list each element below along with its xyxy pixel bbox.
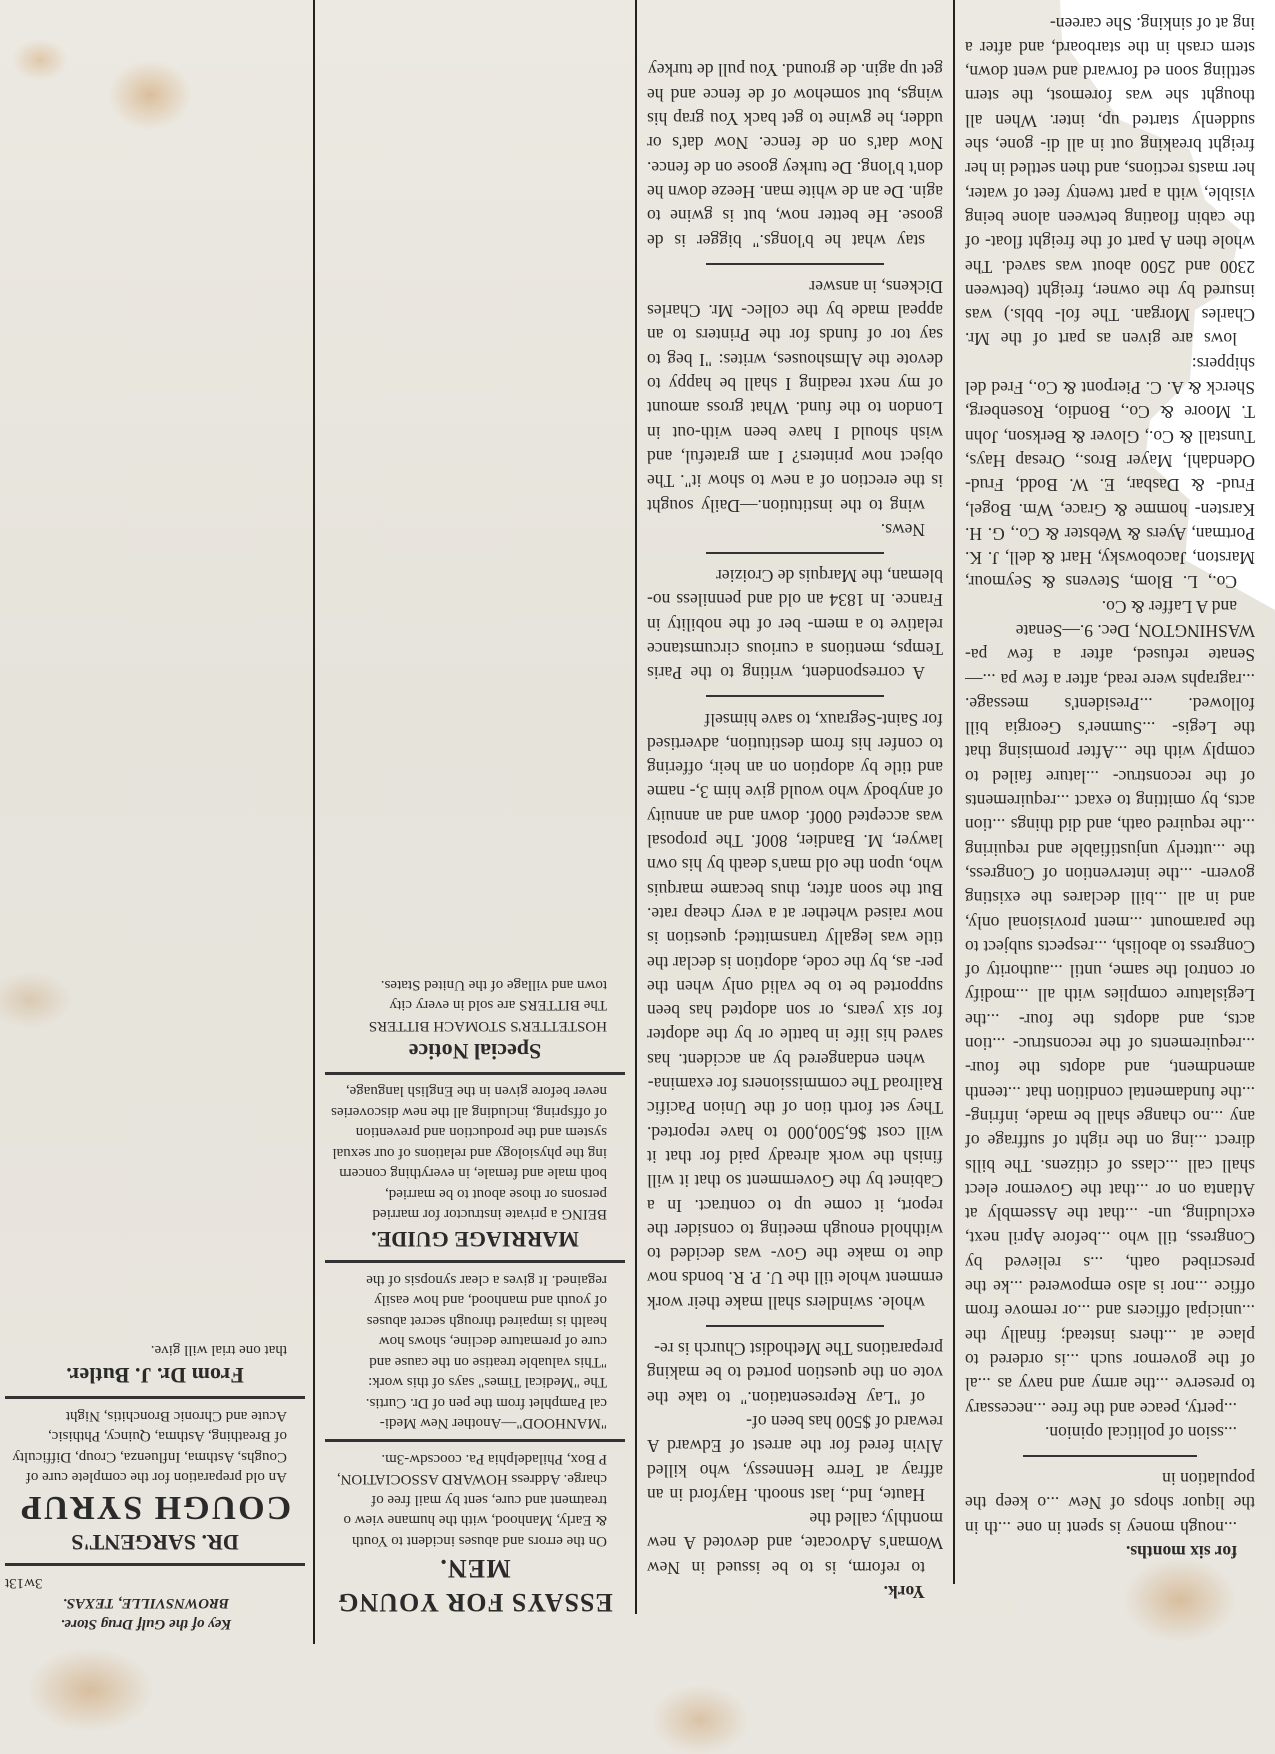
ad-text: HOSTETTER'S STOMACH BITTERS bbox=[325, 1016, 625, 1037]
ad-heading-essays: ESSAYS FOR YOUNG MEN. bbox=[325, 1551, 625, 1619]
article-text: for six months. bbox=[965, 1540, 1255, 1564]
ad-text: charge. Address HOWARD ASSOCIATION, bbox=[325, 1469, 625, 1490]
column-advertisements-2: Key of the Gulf Drug Store. BROWNSVILLE,… bbox=[5, 0, 305, 1634]
article-text: when endangered by an accident. has save… bbox=[647, 707, 943, 1071]
ad-divider bbox=[325, 1261, 625, 1264]
ad-text: The BITTERS are sold in every city bbox=[325, 995, 625, 1016]
article-text: ...perty, peace and the free ...necessar… bbox=[965, 619, 1255, 1421]
article-text: A correspondent, writing to the Paris Te… bbox=[647, 564, 943, 685]
page-content-rotated: for six months. ...nough money is spent … bbox=[0, 0, 1275, 1754]
ad-divider bbox=[325, 1440, 625, 1443]
ad-heading-butler: From Dr. J. Butler. bbox=[5, 1361, 305, 1391]
column-news-misc: York. to reform, is to be issued in New … bbox=[647, 0, 943, 1604]
ad-text: Acute and Chronic Bronchitis, Night bbox=[5, 1406, 305, 1427]
article-text: Haute, Ind., last snooth. Hayford in an … bbox=[647, 1410, 943, 1507]
ad-heading-cough-syrup: COUGH SYRUP bbox=[5, 1488, 305, 1528]
ad-text: never before given in the English langua… bbox=[325, 1081, 625, 1102]
ad-text: Coughs, Asthma, Influenza, Croup, Diffic… bbox=[5, 1447, 305, 1468]
ad-text: & Early, Manhood, with the humane view o bbox=[325, 1510, 625, 1531]
ad-text: system and the production and prevention bbox=[325, 1122, 625, 1143]
article-text: York. bbox=[647, 1580, 943, 1604]
article-text: lows are given as part of the Mr. Charle… bbox=[965, 11, 1255, 351]
ad-text: regained. It gives a clear synopsis of t… bbox=[325, 1270, 625, 1291]
article-text: to reform, is to be issued in New Woman'… bbox=[647, 1507, 943, 1580]
ad-text: health is impaired through secret abuses bbox=[325, 1311, 625, 1332]
ad-text: "This valuable treatise on the cause and bbox=[325, 1352, 625, 1373]
ad-text: Key of the Gulf Drug Store. bbox=[5, 1614, 305, 1635]
article-text: and A Laffer & Co. bbox=[965, 594, 1255, 618]
column-advertisements-1: ESSAYS FOR YOUNG MEN. On the errors and … bbox=[325, 0, 625, 1619]
section-divider bbox=[706, 263, 884, 265]
column-rule-2 bbox=[635, 0, 637, 1614]
ad-heading-sargent: DR. SARGENT'S bbox=[5, 1528, 305, 1558]
ad-text: BROWNSVILLE, TEXAS. bbox=[5, 1593, 305, 1614]
article-text: ...ssion of political opinion. bbox=[965, 1421, 1255, 1445]
section-divider bbox=[706, 552, 884, 554]
ad-text: BEING a private instructor for married bbox=[325, 1204, 625, 1225]
ad-text: 3w13t bbox=[5, 1573, 305, 1594]
ad-text: The "Medical Times" says of this work: bbox=[325, 1372, 625, 1393]
column-rule-3 bbox=[313, 0, 315, 1644]
article-text: News. bbox=[647, 518, 943, 542]
ad-text: town and village of the United States. bbox=[325, 975, 625, 996]
article-text: Co., L. Blom, Stevens & Seymour, Marston… bbox=[965, 351, 1255, 594]
ad-text: that one trial will give. bbox=[5, 1340, 305, 1361]
ad-text: P Box, Philadelphia Pa. coocsdw-3m. bbox=[325, 1449, 625, 1470]
section-divider bbox=[706, 695, 884, 697]
ad-text: cure of premature decline, shows how bbox=[325, 1331, 625, 1352]
section-divider bbox=[1023, 1455, 1197, 1457]
ad-text: ing the physiology and relations of our … bbox=[325, 1143, 625, 1164]
ad-text: of youth and manhood, and how easily bbox=[325, 1290, 625, 1311]
ad-text: of Breathing, Asthma, Quincy, Phthisic, bbox=[5, 1426, 305, 1447]
article-text: stay what he b'longs." bigger is de goos… bbox=[647, 58, 943, 252]
ad-text: An old preparation for the complete cure… bbox=[5, 1467, 305, 1488]
ad-text: of offspring, including all the new disc… bbox=[325, 1102, 625, 1123]
ad-text: persons or those about to be married, bbox=[325, 1184, 625, 1205]
column-rule-1 bbox=[953, 0, 955, 1584]
article-text: whole. swindlers shall make their work e… bbox=[647, 1072, 943, 1315]
ad-divider bbox=[5, 1397, 305, 1400]
article-text: of "Lay Representation." to take the vot… bbox=[647, 1337, 943, 1410]
ad-text: "MANHOOD"—Another New Medi- bbox=[325, 1413, 625, 1434]
ad-text: treatment and cure, sent by mail free of bbox=[325, 1490, 625, 1511]
ad-divider bbox=[325, 1072, 625, 1075]
ad-text: On the errors and abuses incident to You… bbox=[325, 1531, 625, 1552]
ad-text: both male and female, in everything conc… bbox=[325, 1163, 625, 1184]
ad-heading-special-notice: Special Notice bbox=[325, 1036, 625, 1066]
column-news-georgia: for six months. ...nough money is spent … bbox=[965, 0, 1255, 1564]
section-divider bbox=[706, 1325, 884, 1327]
ad-heading-marriage-guide: MARRIAGE GUIDE. bbox=[325, 1225, 625, 1255]
ad-divider bbox=[5, 1564, 305, 1567]
article-text: ...nough money is spent in one ...th in … bbox=[965, 1467, 1255, 1540]
ad-text: cal Pamphlet from the pen of Dr. Curtis. bbox=[325, 1393, 625, 1414]
article-text: wing to the institution.—Daily sought is… bbox=[647, 275, 943, 518]
